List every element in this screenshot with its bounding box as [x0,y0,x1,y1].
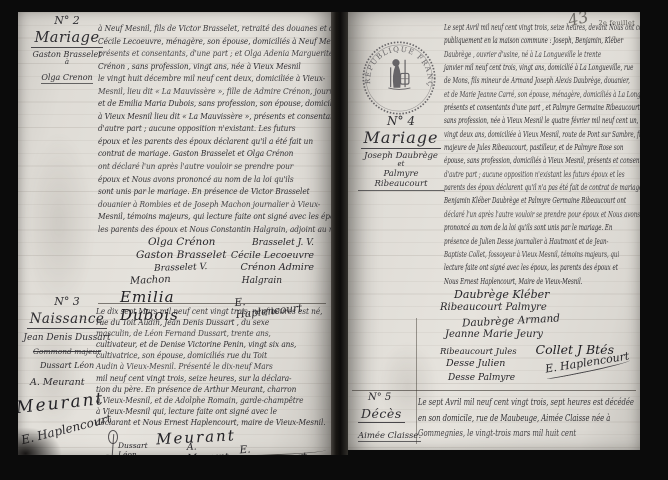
record-4-bride-name: Palmyre Ribeaucourt [358,169,444,191]
record-text-line: cultivatrice, son épouse, domiciliés rue… [96,351,296,362]
record-5-deceased-name: Aimée Claisse. [358,431,421,442]
record-text-line: époux et Nous avons prononcé au nom de l… [98,174,296,187]
signature-row: Desse Julien E. Haplencourt [440,356,638,373]
signature: Jeanne Marie Jeury [445,329,543,340]
signature-row: Desse Palmyre [440,373,638,387]
record-text-line: Cécile Lecoeuvre, ménagère, son épouse, … [98,36,296,49]
record-text-line: Audin à Vieux-Mesnil. Présenté le dix-ne… [96,362,296,373]
record-text-line: Le sept Avril mil neuf cent vingt trois,… [444,21,580,34]
signature: Olga Crénon [148,236,215,248]
record-text-line: présents et consentants, d'une part ; et… [98,48,296,61]
record-text-line: contrat de mariage. Gaston Brasselet et … [98,148,296,161]
record-4-number: N° 4 [358,114,444,128]
record-text-line: mil neuf cent vingt trois, seize heures,… [96,374,296,385]
left-page: N° 2 Mariage Gaston Brasselet à Olga Cre… [18,12,331,455]
record-text-line: époux et les parents des époux déclarent… [98,136,296,149]
record-text-line: tion du père. En présence de Arthur Meur… [96,385,296,396]
record-text-line: et de Emilia Maria Dubois, sans professi… [98,98,296,111]
record-text-line: lecture faite ont signé avec les époux, … [444,261,580,274]
record-5-type-label: Décès [358,406,405,423]
record-text-line: épouse, sans profession, domiciliés à Vi… [444,154,580,167]
record-4-signatures: Daubrège Kléber Ribeaucourt Palmyre Daub… [440,288,638,386]
bleedthrough-smudge [24,132,94,312]
record-2-type-label: Mariage [31,30,102,48]
record-text-line: sans profession, née à Vieux Mesnil le q… [444,114,580,127]
registry-scan-photo: N° 2 Mariage Gaston Brasselet à Olga Cre… [0,0,668,480]
record-2-margin-note: N° 2 Mariage Gaston Brasselet à Olga Cre… [26,14,108,84]
record-text-line: cultivateur, et de Denise Victorine Peni… [96,340,296,351]
record-divider-line [352,390,636,391]
record-text-line: d'autre part ; aucune opposition n'exist… [98,123,296,136]
record-text-line: ont déclaré l'un après l'autre vouloir s… [98,161,296,174]
record-text-line: le vingt huit décembre mil neuf cent deu… [98,73,296,86]
record-text-line: à Vieux-Mesnil qui, lecture faite ont si… [96,407,296,418]
record-text-line: Gommegnies, le vingt-trois mars mil huit… [418,427,590,443]
signature-row: Gaston Brasselet Cécile Lecoeuvre [120,249,326,262]
signature: Daubrège Armand [462,312,560,329]
book-gutter [331,12,348,455]
signature-row: Jeanne Marie Jeury [440,329,638,343]
signature: Desse Palmyre [448,373,515,383]
record-text-line: Mesnil, lieu dit « La Mauvissère », fill… [98,86,296,99]
record-text-line: et de Marie Jeanne Carré, son épouse, mé… [444,88,580,101]
record-text-line: d'autre part ; aucune opposition n'exist… [444,168,580,181]
record-text-line: Crénon , sans profession, vingt ans, née… [98,61,296,74]
death-record-5-body: Le sept Avril mil neuf cent vingt trois,… [418,396,638,443]
record-text-line: prononcé au nom de la loi qu'ils sont un… [444,221,580,234]
signature: Crénon Admire [240,262,314,273]
signature-row: Brasselet V. Crénon Admire [120,262,326,275]
signature-row: Olga Crénon Brasselet J. V. [120,236,326,249]
record-5-number: N° 5 [368,392,422,403]
record-divider-line [98,303,326,304]
record-text-line: présents et consentants d'une part , et … [444,101,580,114]
record-4-type-label: Mariage [361,128,442,149]
record-text-line: rue du Toit Audin, Jean Denis Dussart , … [96,318,296,329]
record-text-line: Nous Ernest Haplencourt, Maire de Vieux-… [444,275,580,288]
signature: Desse Julien [446,358,505,369]
record-2-number: N° 2 [26,14,108,27]
right-page: 43 2e feuillet RÉPUBLIQUE FRANÇAISE N° 4 [348,12,640,450]
record-text-line: déclaré l'un après l'autre vouloir se pr… [444,208,580,221]
signature: Brasselet V. [154,262,208,274]
signature-row: Machon Halgrain [120,275,326,288]
record-text-line: présence de Julien Desse journalier à Ha… [444,235,580,248]
record-text-line: sont unis par le mariage. En présence de… [98,186,296,199]
marianne-figure [388,60,410,90]
record-text-line: Daubrège , ouvrier d'usine, né à La Long… [444,48,580,61]
record-text-line: les parents des époux et Nous Constantin… [98,224,296,237]
ink-blotch [18,427,62,455]
birth-record-3-body: Le dix sept Mars mil neuf cent vingt tro… [96,307,328,429]
record-text-line: Le dix sept Mars mil neuf cent vingt tro… [96,307,296,318]
signature: Brasselet J. V. [252,238,314,248]
record-text-line: Baptiste Collet, fossoyeur à Vieux Mesni… [444,248,580,261]
record-text-line: Mesnil, témoins majeurs, qui lecture fai… [98,211,296,224]
record-text-line: douanier à Rombies et de Joseph Machon j… [98,199,296,212]
record-text-line: à Neuf Mesnil, fils de Victor Brasselet,… [98,23,296,36]
signature: Ribeaucourt Jules [440,347,517,357]
record-text-line: vingt deux ans, domiciliée à Vieux Mesni… [444,128,580,141]
record-text-line: Le sept Avril mil neuf cent vingt trois,… [418,396,590,412]
record-text-line: de Mons, fils mineur de Armand Joseph Al… [444,74,580,87]
record-text-line: janvier mil neuf cent trois, vingt ans, … [444,61,580,74]
record-text-line: à Vieux-Mesnil, et de Adolphe Romain, ga… [96,396,296,407]
record-5-margin-note: N° 5 Décès Aimée Claisse. [352,392,422,442]
signature-row: Daubrège Armand [440,315,638,329]
marriage-record-4-body: Le sept Avril mil neuf cent vingt trois,… [444,21,638,288]
marriage-record-2-body: à Neuf Mesnil, fils de Victor Brasselet,… [98,23,328,236]
record-text-line: masculin, de Léon Fernand Dussart, trent… [96,329,296,340]
signature: Machon [130,274,171,287]
pen-mark [106,430,118,455]
record-2-signatures: Olga Crénon Brasselet J. V. Gaston Brass… [120,236,326,306]
record-text-line: publiquement en la maison commune : Jose… [444,34,580,47]
republique-francaise-seal-icon: RÉPUBLIQUE FRANÇAISE [361,40,437,116]
signature: Ribeaucourt Palmyre [440,302,547,313]
signature: Daubrège Kléber [454,288,549,301]
signature: Gaston Brasselet [136,249,226,261]
record-4-margin-note: N° 4 Mariage Joseph Daubrège et Palmyre … [358,114,444,191]
signature: Halgrain [242,276,282,286]
signature: Cécile Lecoeuvre [231,250,314,261]
record-text-line: majeure de Jules Ribeaucourt, pastilleur… [444,141,580,154]
record-text-line: Benjamin Kléber Daubrège et Palmyre Germ… [444,194,580,207]
record-text-line: parents des époux déclarent qu'il n'a pa… [444,181,580,194]
record-text-line: à Vieux Mesnil lieu dit « La Mauvissère … [98,111,296,124]
signature-row: Daubrège Kléber [440,288,638,302]
record-text-line: en son domicile, rue de Maubeuge, Aimée … [418,412,590,428]
record-2-bride-name: Olga Crenon [41,73,92,84]
